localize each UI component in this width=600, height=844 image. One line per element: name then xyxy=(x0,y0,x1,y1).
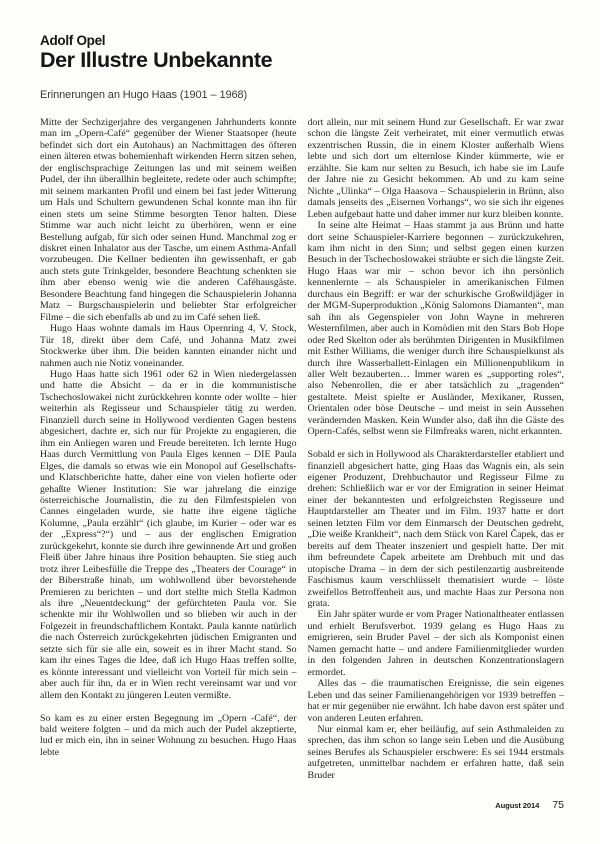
page-number: 75 xyxy=(552,799,564,811)
paragraph: Hugo Haas wohnte damals im Haus Opernrin… xyxy=(40,323,297,369)
issue-date: August 2014 xyxy=(495,801,539,810)
paragraph: Nur einmal kam er, eher beiläufig, auf s… xyxy=(308,724,565,781)
paragraph: So kam es zu einer ersten Begegnung im „… xyxy=(40,713,297,759)
magazine-page: Adolf Opel Der Illustre Unbekannte Erinn… xyxy=(0,0,600,844)
paragraph: Sobald er sich in Hollywood als Charakte… xyxy=(308,449,565,609)
article-header: Adolf Opel Der Illustre Unbekannte Erinn… xyxy=(40,34,564,101)
article-subtitle: Erinnerungen an Hugo Haas (1901 – 1968) xyxy=(40,89,564,101)
author-name: Adolf Opel xyxy=(40,34,564,49)
article-title: Der Illustre Unbekannte xyxy=(40,49,564,72)
paragraph: Hugo Haas hatte sich 1961 oder 62 in Wie… xyxy=(40,369,297,701)
right-column: dort allein, nur mit seinem Hund zur Ges… xyxy=(308,117,565,781)
paragraph: In seine alte Heimat – Haas stammt ja au… xyxy=(308,220,565,438)
article-body: Mitte der Sechzigerjahre des vergangenen… xyxy=(40,117,564,781)
paragraph: Alles das – die traumatischen Ereignisse… xyxy=(308,678,565,724)
paragraph: dort allein, nur mit seinem Hund zur Ges… xyxy=(308,117,565,220)
left-column: Mitte der Sechzigerjahre des vergangenen… xyxy=(40,117,297,781)
page-footer: August 2014 75 xyxy=(495,799,564,811)
paragraph: Ein Jahr später wurde er vom Prager Nati… xyxy=(308,609,565,678)
paragraph: Mitte der Sechzigerjahre des vergangenen… xyxy=(40,117,297,323)
